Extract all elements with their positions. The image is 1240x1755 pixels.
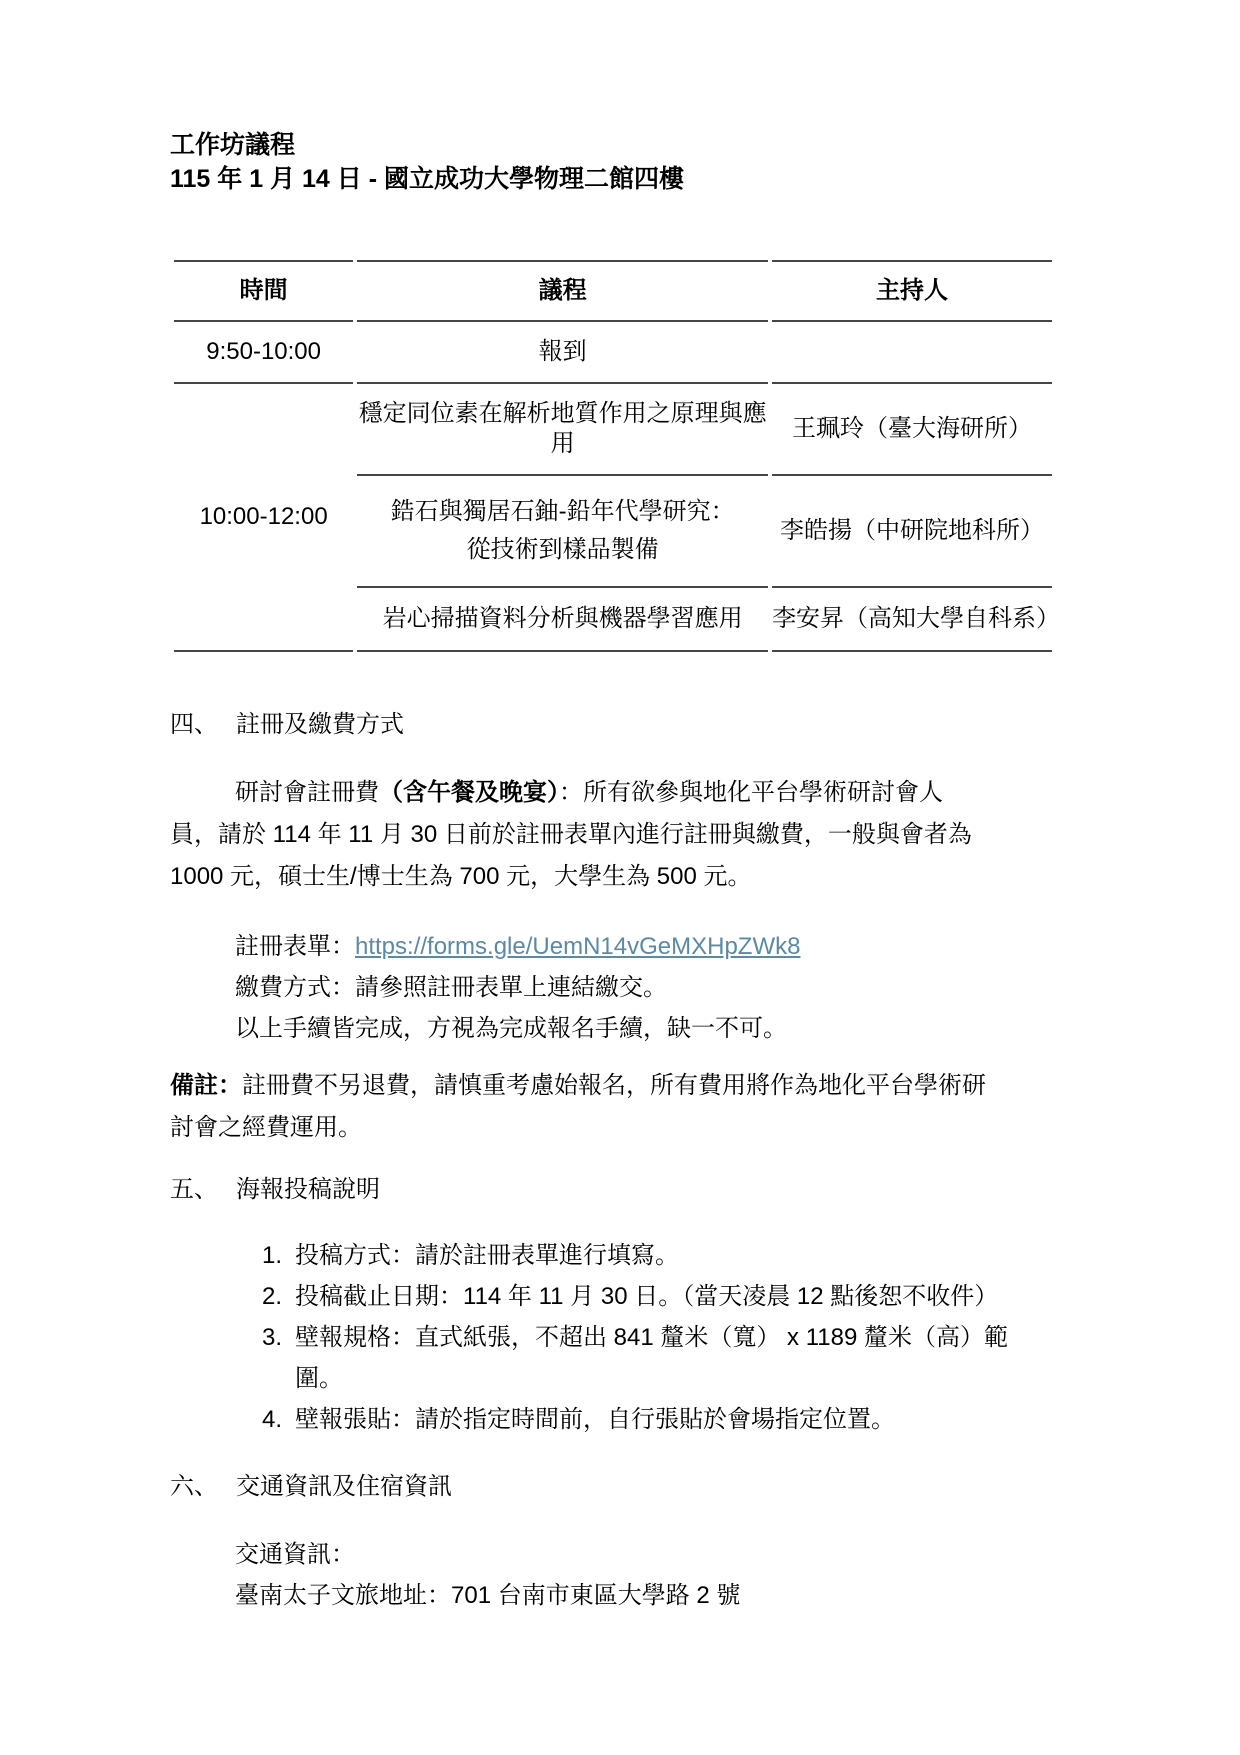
section-title: 交通資訊及住宿資訊 [236, 1473, 452, 1500]
section-number: 四、 [170, 708, 236, 742]
list-item: 1. 投稿方式：請於註冊表單進行填寫。 [262, 1235, 1070, 1276]
page-title: 工作坊議程 [170, 128, 1070, 162]
registration-fee-paragraph: 研討會註冊費（含午餐及晚宴）：所有欲參與地化平台學術研討會人 員，請於 114 … [170, 772, 1070, 898]
list-item: 3. 壁報規格：直式紙張，不超出 841 釐米（寬） x 1189 釐米（高）範… [262, 1317, 1070, 1399]
registration-detail-block: 註冊表單：https://forms.gle/UemN14vGeMXHpZWk8… [235, 926, 1070, 1049]
fee-line1-suffix: ：所有欲參與地化平台學術研討會人 [559, 779, 943, 806]
note-line1: 註冊費不另退費，請慎重考慮始報名，所有費用將作為地化平台學術研 [242, 1072, 986, 1099]
item-number: 1. [262, 1235, 295, 1276]
cell-time: 9:50-10:00 [174, 322, 353, 384]
document-page: 工作坊議程 115 年 1 月 14 日 - 國立成功大學物理二館四樓 時間 議… [0, 0, 1240, 1755]
program-line1: 鋯石與獨居石鈾-鉛年代學研究： [391, 498, 735, 525]
completion-line: 以上手續皆完成，方視為完成報名手續，缺一不可。 [235, 1008, 1070, 1049]
hotel-address-line: 臺南太子文旅地址：701 台南市東區大學路 2 號 [235, 1575, 1070, 1616]
item-line2: 圍。 [295, 1358, 1070, 1399]
fee-line1-prefix: 研討會註冊費 [235, 779, 379, 806]
column-header-host: 主持人 [772, 260, 1052, 322]
column-header-program: 議程 [357, 260, 768, 322]
fee-line1-bold: （含午餐及晚宴） [379, 779, 559, 806]
cell-host [772, 322, 1052, 384]
section-title: 註冊及繳費方式 [236, 711, 404, 738]
cell-host: 李安昇（高知大學自科系） [772, 588, 1052, 652]
fee-line2: 員，請於 114 年 11 月 30 日前於註冊表單內進行註冊與繳費，一般與會者… [170, 821, 972, 848]
cell-host: 王珮玲（臺大海研所） [772, 384, 1052, 476]
agenda-table: 時間 議程 主持人 9:50-10:00 報到 10:00-12:00 穩定同位… [170, 260, 1056, 652]
note-line2: 討會之經費運用。 [170, 1114, 362, 1141]
section-title: 海報投稿說明 [236, 1176, 380, 1203]
cell-time-merged: 10:00-12:00 [174, 384, 353, 652]
table-header-row: 時間 議程 主持人 [174, 260, 1052, 322]
item-line1: 投稿方式：請於註冊表單進行填寫。 [295, 1242, 679, 1269]
list-item: 4. 壁報張貼：請於指定時間前，自行張貼於會場指定位置。 [262, 1399, 1070, 1440]
fee-line3: 1000 元，碩士生/博士生為 700 元，大學生為 500 元。 [170, 863, 751, 890]
cell-program: 穩定同位素在解析地質作用之原理與應用 [357, 384, 768, 476]
item-line1: 投稿截止日期：114 年 11 月 30 日。（當天凌晨 12 點後恕不收件） [295, 1283, 998, 1310]
note-label: 備註： [170, 1072, 242, 1099]
item-number: 2. [262, 1276, 295, 1317]
poster-instruction-list: 1. 投稿方式：請於註冊表單進行填寫。 2. 投稿截止日期：114 年 11 月… [262, 1235, 1070, 1440]
item-text: 壁報規格：直式紙張，不超出 841 釐米（寬） x 1189 釐米（高）範圍。 [295, 1317, 1070, 1399]
transport-label: 交通資訊： [235, 1534, 1070, 1575]
item-text: 壁報張貼：請於指定時間前，自行張貼於會場指定位置。 [295, 1399, 1070, 1440]
payment-line: 繳費方式：請參照註冊表單上連結繳交。 [235, 967, 1070, 1008]
item-line1: 壁報張貼：請於指定時間前，自行張貼於會場指定位置。 [295, 1406, 895, 1433]
section-heading-poster: 五、海報投稿說明 [170, 1173, 1070, 1207]
column-header-time: 時間 [174, 260, 353, 322]
note-paragraph: 備註：註冊費不另退費，請慎重考慮始報名，所有費用將作為地化平台學術研 討會之經費… [170, 1065, 1070, 1149]
item-text: 投稿截止日期：114 年 11 月 30 日。（當天凌晨 12 點後恕不收件） [295, 1276, 1070, 1317]
program-line2: 從技術到樣品製備 [467, 536, 659, 563]
item-text: 投稿方式：請於註冊表單進行填寫。 [295, 1235, 1070, 1276]
form-line: 註冊表單：https://forms.gle/UemN14vGeMXHpZWk8 [235, 926, 1070, 967]
section-number: 六、 [170, 1470, 236, 1504]
item-line1: 壁報規格：直式紙張，不超出 841 釐米（寬） x 1189 釐米（高）範 [295, 1324, 1008, 1351]
cell-program: 鋯石與獨居石鈾-鉛年代學研究：從技術到樣品製備 [357, 476, 768, 588]
date-location-line: 115 年 1 月 14 日 - 國立成功大學物理二館四樓 [170, 162, 1070, 196]
item-number: 3. [262, 1317, 295, 1399]
item-number: 4. [262, 1399, 295, 1440]
cell-program: 報到 [357, 322, 768, 384]
form-label: 註冊表單： [235, 933, 355, 960]
section-number: 五、 [170, 1173, 236, 1207]
section-heading-transport: 六、交通資訊及住宿資訊 [170, 1470, 1070, 1504]
table-row: 9:50-10:00 報到 [174, 322, 1052, 384]
registration-form-link[interactable]: https://forms.gle/UemN14vGeMXHpZWk8 [355, 933, 800, 960]
table-row: 10:00-12:00 穩定同位素在解析地質作用之原理與應用 王珮玲（臺大海研所… [174, 384, 1052, 476]
cell-program: 岩心掃描資料分析與機器學習應用 [357, 588, 768, 652]
cell-host: 李皓揚（中研院地科所） [772, 476, 1052, 588]
list-item: 2. 投稿截止日期：114 年 11 月 30 日。（當天凌晨 12 點後恕不收… [262, 1276, 1070, 1317]
transport-info-block: 交通資訊： 臺南太子文旅地址：701 台南市東區大學路 2 號 [235, 1534, 1070, 1616]
section-heading-registration: 四、註冊及繳費方式 [170, 708, 1070, 742]
